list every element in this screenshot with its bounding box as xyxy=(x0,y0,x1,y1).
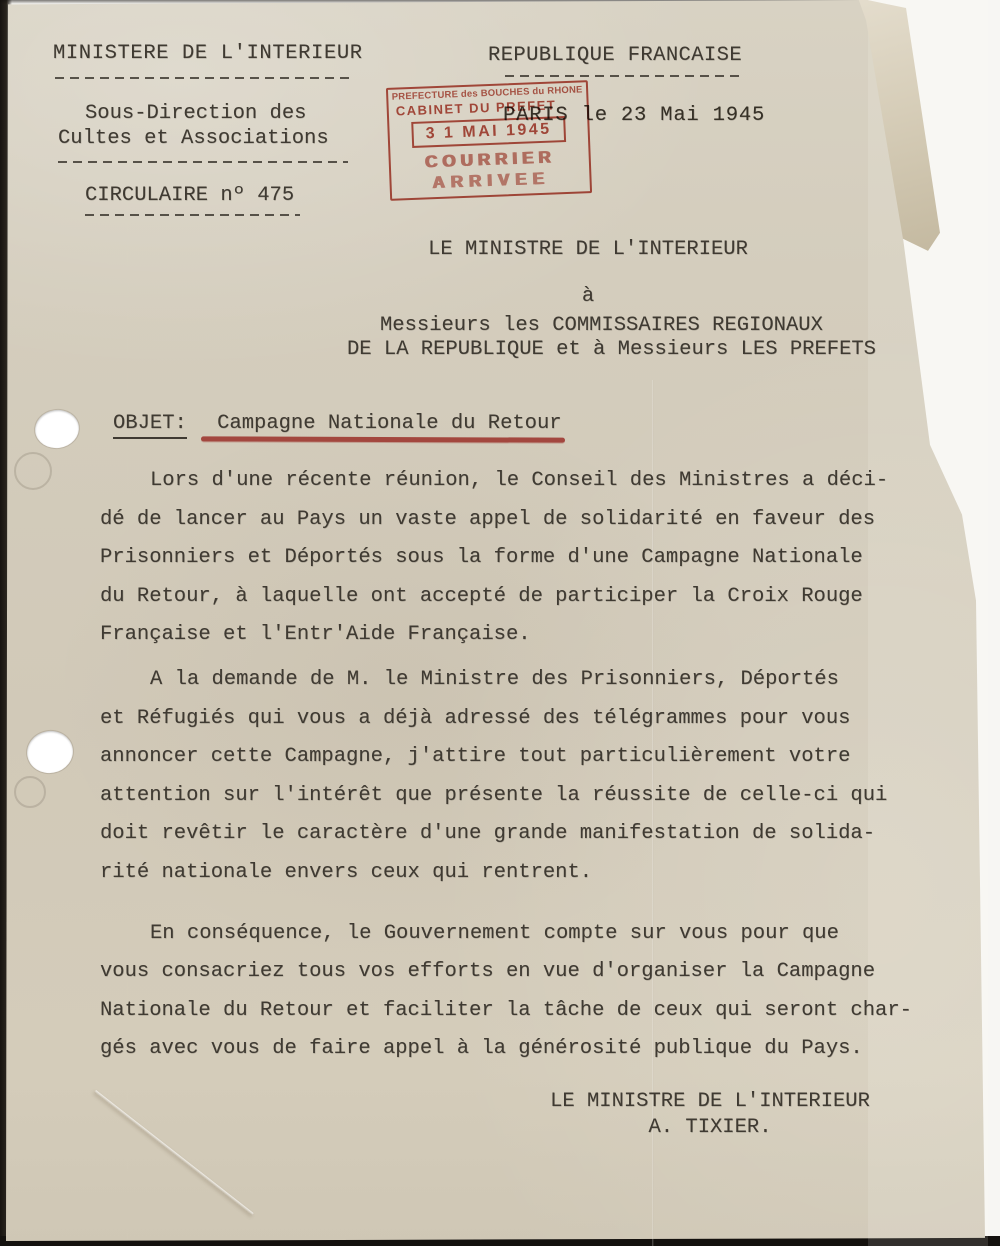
ministry-title: MINISTERE DE L'INTERIEUR xyxy=(53,44,363,65)
address-a: à xyxy=(565,287,611,308)
dashed-rule xyxy=(58,161,348,163)
date-line: PARIS le 23 Mai 1945 xyxy=(503,106,765,127)
punch-ring-top xyxy=(14,452,52,490)
stamp-outer-box: PREFECTURE des BOUCHES du RHONE CABINET … xyxy=(386,80,592,201)
document-photo: MINISTERE DE L'INTERIEUR Sous-Direction … xyxy=(0,0,1000,1246)
body-line: et Réfugiés qui vous a déjà adressé des … xyxy=(100,700,950,739)
addressee-line2: DE LA REPUBLIQUE et à Messieurs LES PREF… xyxy=(347,340,876,361)
body-line: annoncer cette Campagne, j'attire tout p… xyxy=(100,738,950,777)
body-line: attention sur l'intérêt que présente la … xyxy=(100,777,950,816)
subject-label: OBJET: xyxy=(113,412,187,439)
sub-direction-line1: Sous-Direction des xyxy=(85,104,306,125)
dashed-rule xyxy=(55,77,355,79)
body-line: doit revêtir le caractère d'une grande m… xyxy=(100,815,950,854)
signature-title: LE MINISTRE DE L'INTERIEUR xyxy=(520,1092,900,1113)
body-line: A la demande de M. le Ministre des Priso… xyxy=(100,661,950,700)
republic-title: REPUBLIQUE FRANCAISE xyxy=(488,46,742,67)
subject-line: OBJET: Campagne Nationale du Retour xyxy=(113,414,562,435)
sender-title: LE MINISTRE DE L'INTERIEUR xyxy=(427,240,749,261)
body-line: Prisonniers et Déportés sous la forme d'… xyxy=(100,539,950,578)
body-line: dé de lancer au Pays un vaste appel de s… xyxy=(100,501,950,540)
prefecture-arrival-stamp: PREFECTURE des BOUCHES du RHONE CABINET … xyxy=(386,80,592,201)
body-line: vous consacriez tous vos efforts en vue … xyxy=(100,953,950,992)
circular-number: CIRCULAIRE nº 475 xyxy=(85,186,294,207)
subject-value: Campagne Nationale du Retour xyxy=(217,412,561,435)
signature-name: A. TIXIER. xyxy=(520,1118,900,1139)
body-line: gés avec vous de faire appel à la généro… xyxy=(100,1030,950,1069)
letter-body: Lors d'une récente réunion, le Conseil d… xyxy=(100,462,950,1069)
body-line: Française et l'Entr'Aide Française. xyxy=(100,616,950,655)
dashed-rule xyxy=(85,214,300,216)
body-line: En conséquence, le Gouvernement compte s… xyxy=(100,915,950,954)
body-line: rité nationale envers ceux qui rentrent. xyxy=(100,854,950,893)
body-line: Nationale du Retour et faciliter la tâch… xyxy=(100,992,950,1031)
sub-direction-line2: Cultes et Associations xyxy=(58,129,329,150)
addressee-line1: Messieurs les COMMISSAIRES REGIONAUX xyxy=(380,316,823,337)
dashed-rule xyxy=(505,75,740,77)
punch-ring-bottom xyxy=(14,776,46,808)
body-line: Lors d'une récente réunion, le Conseil d… xyxy=(100,462,950,501)
body-line: du Retour, à laquelle ont accepté de par… xyxy=(100,578,950,617)
